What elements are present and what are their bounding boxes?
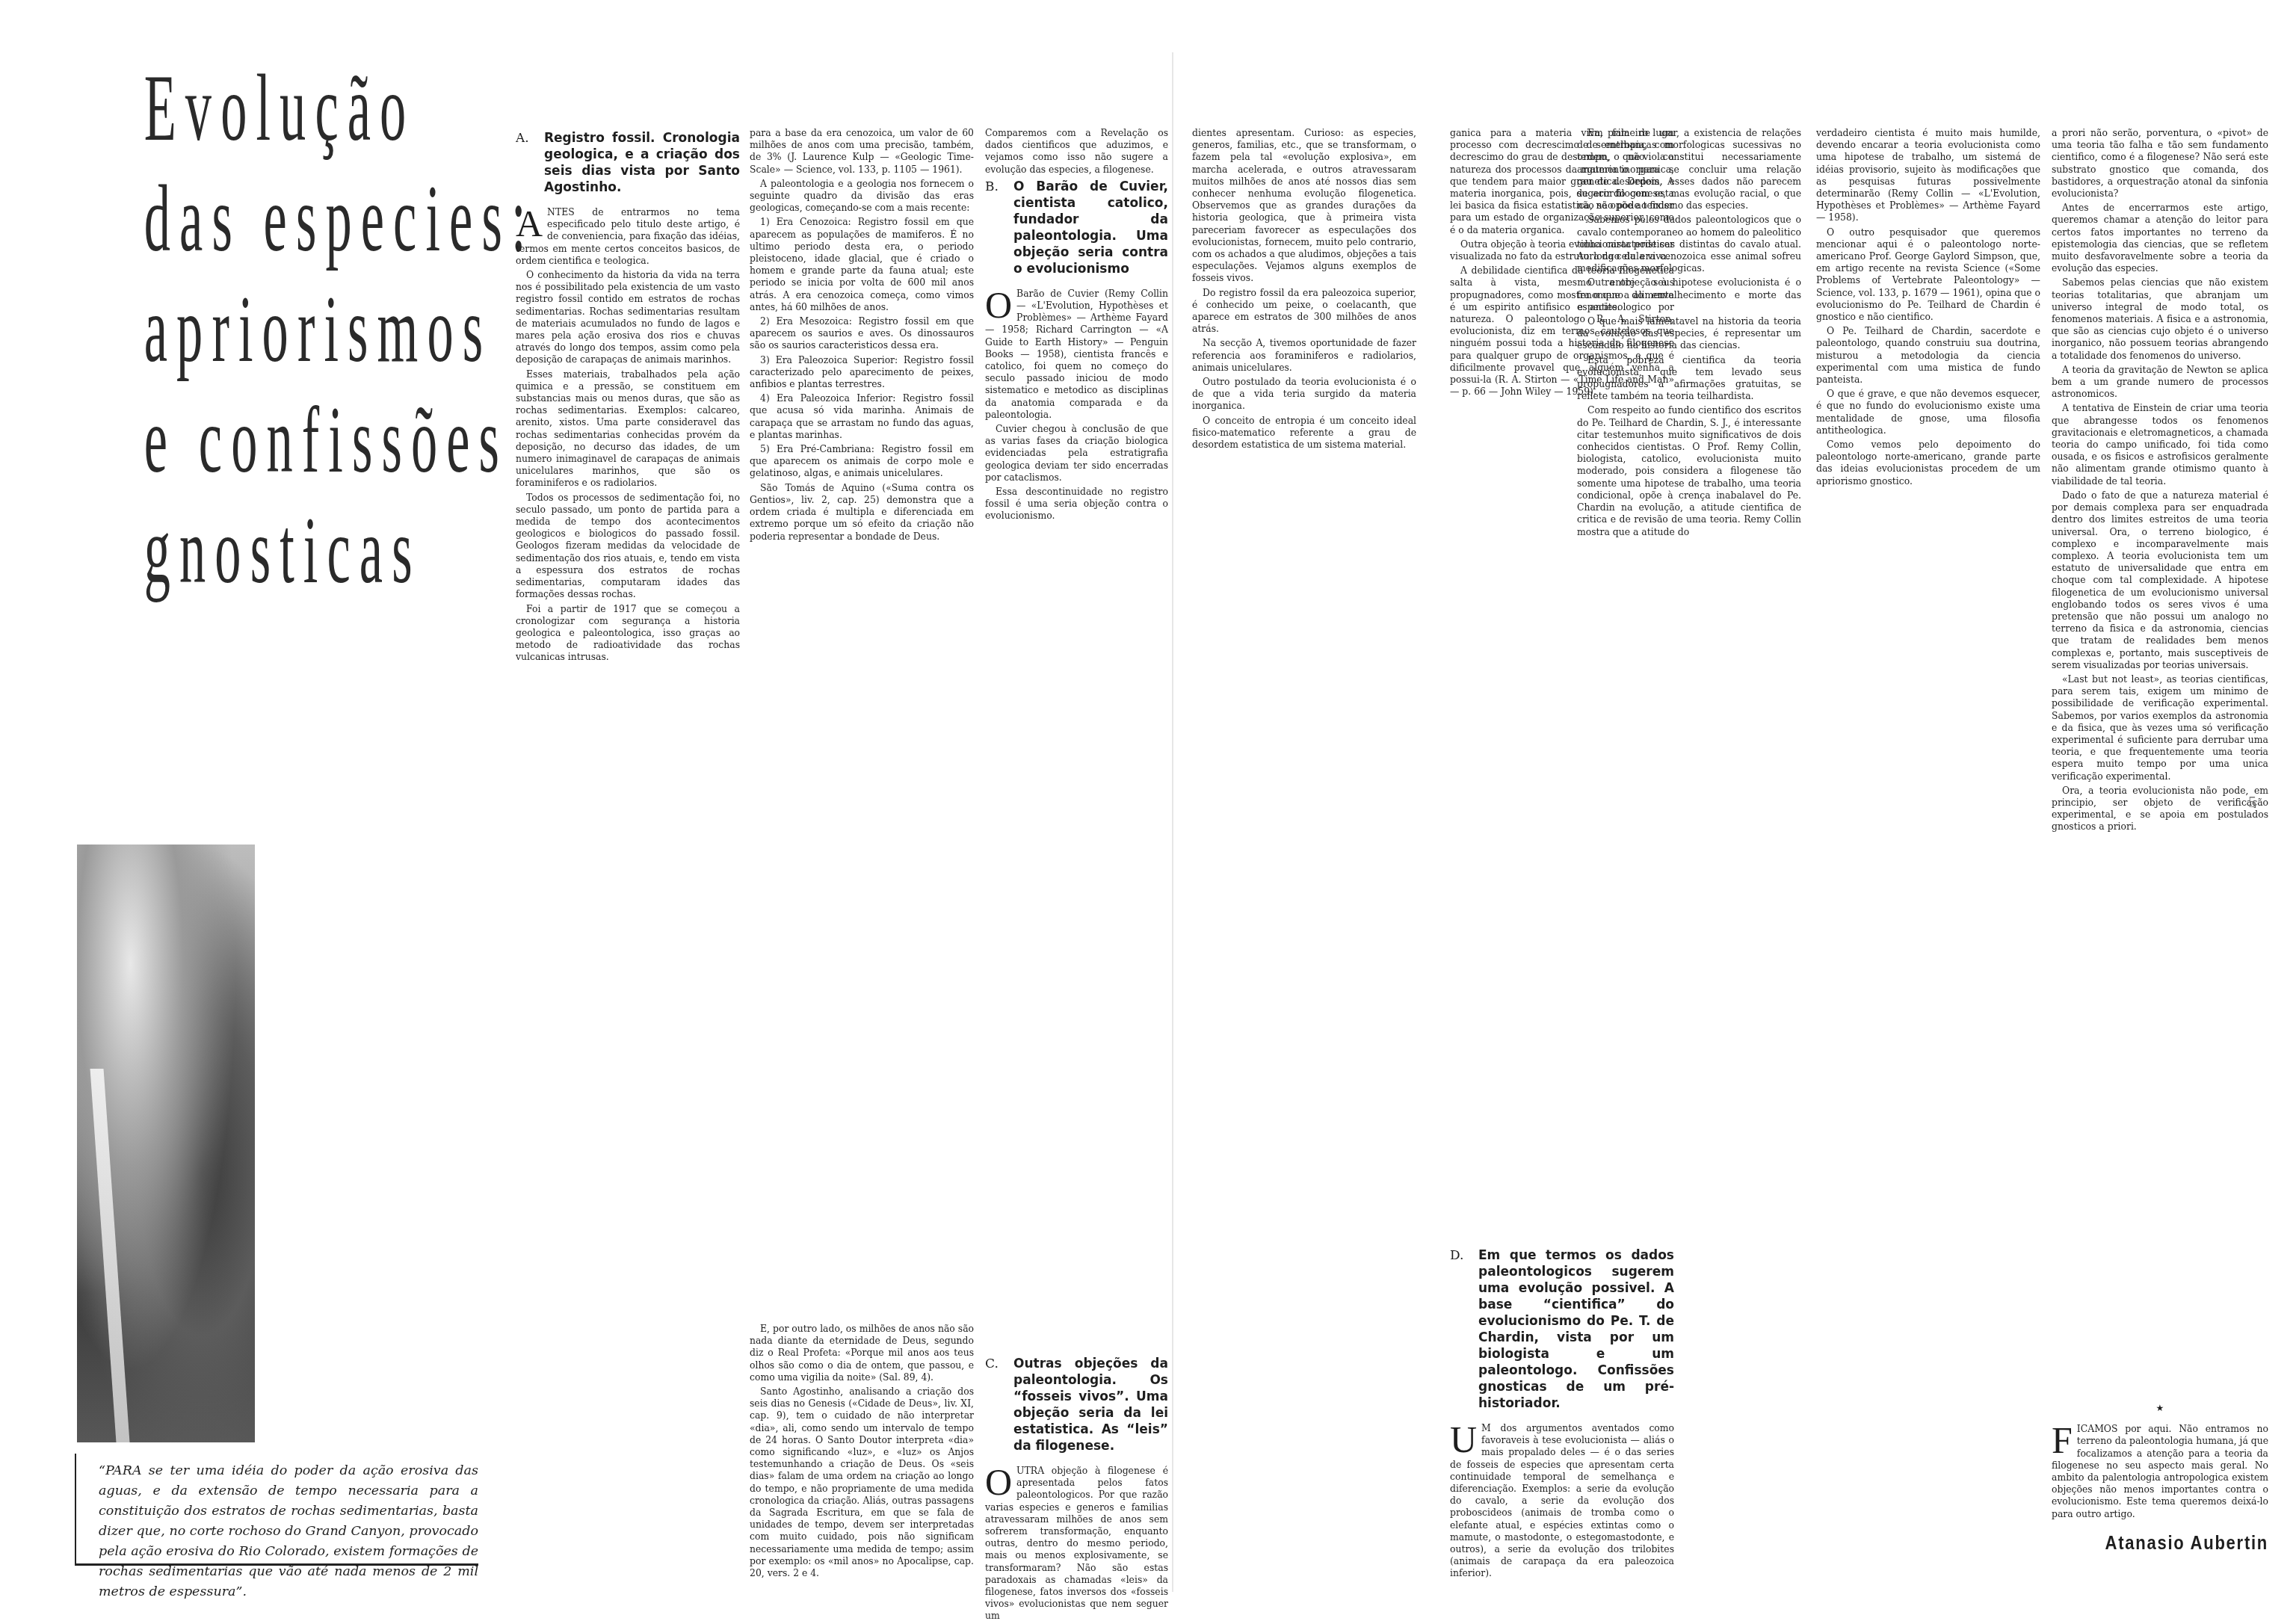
paragraph: 3) Era Paleozoica Superior: Registro fos…: [750, 354, 974, 391]
column-3: Comparemos com a Revelação os dados cien…: [985, 127, 1168, 525]
paragraph: Outra objeção à hipotese evolucionista é…: [1577, 277, 1801, 313]
author-signature: Atanasio Aubertin: [2084, 1537, 2269, 1549]
paragraph: Na secção A, tivemos oportunidade de faz…: [1192, 337, 1416, 374]
section-title: Outras objeções da paleontologia. Os “fo…: [1013, 1356, 1168, 1454]
drop-cap: U: [1450, 1424, 1477, 1455]
paragraph: O conhecimento da historia da vida na te…: [516, 269, 740, 366]
paragraph: Essa descontinuidade no registro fossil …: [985, 486, 1168, 522]
section-d-heading: D. Em que termos os dados paleontologico…: [1450, 1247, 1674, 1412]
paragraph: Como vemos pelo depoimento do paleontolo…: [1816, 439, 2040, 487]
paragraph: UTRA objeção à filogenese é apresentada …: [985, 1465, 1168, 1621]
paragraph: Do registro fossil da era paleozoica sup…: [1192, 287, 1416, 336]
paragraph: Comparemos com a Revelação os dados cien…: [985, 127, 1168, 176]
paragraph: dientes apresentam. Curioso: as especies…: [1192, 127, 1416, 285]
drop-cap: O: [985, 1466, 1012, 1498]
paragraph: 5) Era Pré-Cambriana: Registro fossil em…: [750, 443, 974, 480]
paragraph: A teoria da gravitação de Newton se apli…: [2052, 364, 2268, 401]
column-3-end: C. Outras objeções da paleontologia. Os …: [985, 1353, 1168, 1624]
paragraph: Em primeiro lugar, a existencia de relaç…: [1577, 127, 1801, 212]
paragraph: Esses materiais, trabalhados pela ação q…: [516, 368, 740, 490]
drop-cap: F: [2052, 1424, 2073, 1456]
page-gutter: [1172, 52, 1173, 1592]
section-letter: D.: [1450, 1247, 1478, 1412]
paragraph: O que é grave, e que não devemos esquece…: [1816, 388, 2040, 436]
paragraph: Cuvier chegou à conclusão de que as vari…: [985, 423, 1168, 484]
article-title: Evolução das especies: apriorismos e con…: [45, 60, 486, 613]
paragraph: O que mais lamentavel na historia da teo…: [1577, 315, 1801, 352]
section-c-heading: C. Outras objeções da paleontologia. Os …: [985, 1356, 1168, 1454]
paragraph: O Pe. Teilhard de Chardin, sacerdote e p…: [1816, 325, 2040, 386]
paragraph: Com respeito ao fundo cientifico dos esc…: [1577, 404, 1801, 537]
paragraph: A paleontologia e a geologia nos fornece…: [750, 178, 974, 214]
title-line-2: das especies:: [144, 170, 387, 281]
section-title: Registro fossil. Cronologia geologica, e…: [544, 130, 740, 196]
paragraph: Ora, a teoria evolucionista não pode, em…: [2052, 785, 2268, 833]
section-b-heading: B. O Barão de Cuvier, cientista catolico…: [985, 179, 1168, 277]
paragraph: São Tomás de Aquino («Suma contra os Gen…: [750, 482, 974, 543]
column-6: Em primeiro lugar, a existencia de relaç…: [1577, 127, 1801, 540]
section-a-heading: A. Registro fossil. Cronologia geologica…: [516, 130, 740, 196]
waterfall-highlight: [90, 1069, 130, 1442]
section-title: Em que termos os dados paleontologicos s…: [1478, 1247, 1674, 1412]
section-letter: B.: [985, 179, 1013, 277]
grand-canyon-photo: [77, 845, 255, 1442]
section-letter: C.: [985, 1356, 1013, 1454]
paragraph: ICAMOS por aqui. Não entramos no terreno…: [2052, 1423, 2268, 1519]
page-number: 5: [2248, 792, 2256, 812]
column-8-end: ★ FICAMOS por aqui. Não entramos no terr…: [2052, 1398, 2268, 1549]
paragraph: Antes de encerrarmos este artigo, querem…: [2052, 202, 2268, 274]
column-8: a prori não serão, porventura, o «pivot»…: [2052, 127, 2268, 836]
paragraph: O conceito de entropia é um conceito ide…: [1192, 415, 1416, 451]
title-line-4: e confissões: [144, 392, 387, 502]
star-divider-icon: ★: [2052, 1402, 2268, 1414]
title-line-5: gnosticas: [144, 502, 387, 613]
paragraph: Sabemos pelos dados paleontologicos que …: [1577, 214, 1801, 274]
drop-cap: O: [985, 289, 1012, 321]
paragraph: a prori não serão, porventura, o «pivot»…: [2052, 127, 2268, 200]
column-7: verdadeiro cientista é muito mais humild…: [1816, 127, 2040, 490]
drop-cap: A: [516, 208, 543, 239]
section-letter: A.: [516, 130, 544, 196]
paragraph: verdadeiro cientista é muito mais humild…: [1816, 127, 2040, 224]
column-1: A. Registro fossil. Cronologia geologica…: [516, 127, 740, 666]
paragraph: Todos os processos de sedimentação foi, …: [516, 492, 740, 601]
paragraph: 4) Era Paleozoica Inferior: Registro fos…: [750, 392, 974, 441]
paragraph: 2) Era Mesozoica: Registro fossil em que…: [750, 315, 974, 352]
pull-quote: “PARA se ter uma idéia do poder da ação …: [75, 1454, 478, 1566]
paragraph: Barão de Cuvier (Remy Collin — «L'Evolut…: [985, 288, 1168, 420]
paragraph: Foi a partir de 1917 que se começou a cr…: [516, 603, 740, 664]
paragraph: Esta pobreza cientifica da teoria evoluc…: [1577, 354, 1801, 403]
paragraph: Dado o fato de que a natureza material é…: [2052, 490, 2268, 671]
title-line-3: apriorismos: [144, 281, 387, 392]
paragraph: Sabemos pelas ciencias que não existem t…: [2052, 277, 2268, 361]
section-title: O Barão de Cuvier, cientista catolico, f…: [1013, 179, 1168, 277]
column-2-end: E, por outro lado, os milhões de anos nã…: [750, 1323, 974, 1581]
paragraph: O outro pesquisador que queremos mencion…: [1816, 226, 2040, 324]
column-5-end: D. Em que termos os dados paleontologico…: [1450, 1244, 1674, 1582]
title-line-1: Evolução: [144, 60, 387, 170]
paragraph: A tentativa de Einstein de criar uma teo…: [2052, 402, 2268, 487]
column-2: para a base da era cenozoica, um valor d…: [750, 127, 974, 545]
paragraph: Santo Agostinho, analisando a criação do…: [750, 1386, 974, 1579]
paragraph: NTES de entrarmos no tema especificado p…: [516, 206, 740, 266]
paragraph: «Last but not least», as teorias cientif…: [2052, 673, 2268, 782]
paragraph: para a base da era cenozoica, um valor d…: [750, 127, 974, 176]
paragraph: M dos argumentos aventados como favorave…: [1450, 1422, 1674, 1578]
paragraph: E, por outro lado, os milhões de anos nã…: [750, 1323, 974, 1383]
paragraph: Outro postulado da teoria evolucionista …: [1192, 376, 1416, 413]
paragraph: 1) Era Cenozoica: Registro fossil em que…: [750, 216, 974, 313]
column-4: dientes apresentam. Curioso: as especies…: [1192, 127, 1416, 453]
